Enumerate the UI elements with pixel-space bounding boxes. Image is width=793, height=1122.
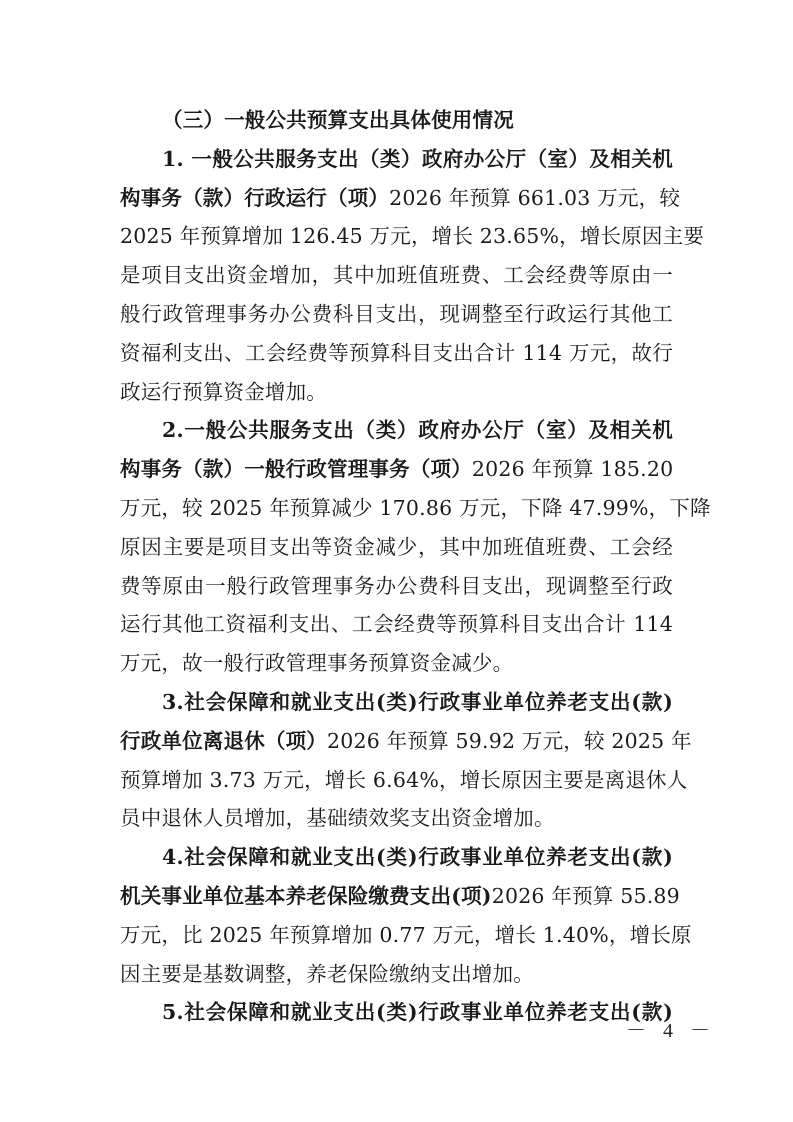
paragraph-line: 万元，比 2025 年预算增加 0.77 万元，增长 1.40%，增长原 xyxy=(120,916,673,955)
paragraph-line: 2.一般公共服务支出（类）政府办公厅（室）及相关机 xyxy=(120,411,673,450)
paragraph-item-2: 2.一般公共服务支出（类）政府办公厅（室）及相关机 构事务（款）一般行政管理事务… xyxy=(120,411,673,683)
paragraph-line: 运行其他工资福利支出、工会经费等预算科目支出合计 114 xyxy=(120,605,673,644)
page-number: － 4 － xyxy=(626,1014,716,1043)
paragraph-item-3: 3.社会保障和就业支出(类)行政事业单位养老支出(款) 行政单位离退休（项）20… xyxy=(120,683,673,838)
paragraph-line: 费等原由一般行政管理事务办公费科目支出，现调整至行政 xyxy=(120,567,673,606)
paragraph-line: 是项目支出资金增加，其中加班值班费、工会经费等原由一 xyxy=(120,256,673,295)
paragraph-line: 万元，故一般行政管理事务预算资金减少。 xyxy=(120,644,673,683)
paragraph-line: 因主要是基数调整，养老保险缴纳支出增加。 xyxy=(120,955,673,994)
paragraph-line: 4.社会保障和就业支出(类)行政事业单位养老支出(款) xyxy=(120,838,673,877)
paragraph-line: 万元，较 2025 年预算减少 170.86 万元，下降 47.99%，下降 xyxy=(120,489,673,528)
paragraph-line: 3.社会保障和就业支出(类)行政事业单位养老支出(款) xyxy=(120,683,673,722)
paragraph-line: 5.社会保障和就业支出(类)行政事业单位养老支出(款) xyxy=(120,993,673,1032)
paragraph-line: 预算增加 3.73 万元，增长 6.64%，增长原因主要是离退休人 xyxy=(120,761,673,800)
paragraph-line: 行政单位离退休（项）2026 年预算 59.92 万元，较 2025 年 xyxy=(120,722,673,761)
section-heading: （三）一般公共预算支出具体使用情况 xyxy=(120,101,673,140)
paragraph-item-5: 5.社会保障和就业支出(类)行政事业单位养老支出(款) xyxy=(120,993,673,1032)
paragraph-line: 资福利支出、工会经费等预算科目支出合计 114 万元，故行 xyxy=(120,334,673,373)
paragraph-line: 般行政管理事务办公费科目支出，现调整至行政运行其他工 xyxy=(120,295,673,334)
paragraph-line: 政运行预算资金增加。 xyxy=(120,373,673,412)
paragraph-line: 2025 年预算增加 126.45 万元，增长 23.65%，增长原因主要 xyxy=(120,217,673,256)
paragraph-line: 员中退休人员增加，基础绩效奖支出资金增加。 xyxy=(120,799,673,838)
paragraph-item-4: 4.社会保障和就业支出(类)行政事业单位养老支出(款) 机关事业单位基本养老保险… xyxy=(120,838,673,993)
paragraph-line: 构事务（款）一般行政管理事务（项）2026 年预算 185.20 xyxy=(120,450,673,489)
document-page: （三）一般公共预算支出具体使用情况 1. 一般公共服务支出（类）政府办公厅（室）… xyxy=(120,101,673,1032)
paragraph-line: 1. 一般公共服务支出（类）政府办公厅（室）及相关机 xyxy=(120,140,673,179)
paragraph-line: 构事务（款）行政运行（项）2026 年预算 661.03 万元，较 xyxy=(120,179,673,218)
paragraph-line: 原因主要是项目支出等资金减少，其中加班值班费、工会经 xyxy=(120,528,673,567)
paragraph-item-1: 1. 一般公共服务支出（类）政府办公厅（室）及相关机 构事务（款）行政运行（项）… xyxy=(120,140,673,412)
paragraph-line: 机关事业单位基本养老保险缴费支出(项)2026 年预算 55.89 xyxy=(120,877,673,916)
